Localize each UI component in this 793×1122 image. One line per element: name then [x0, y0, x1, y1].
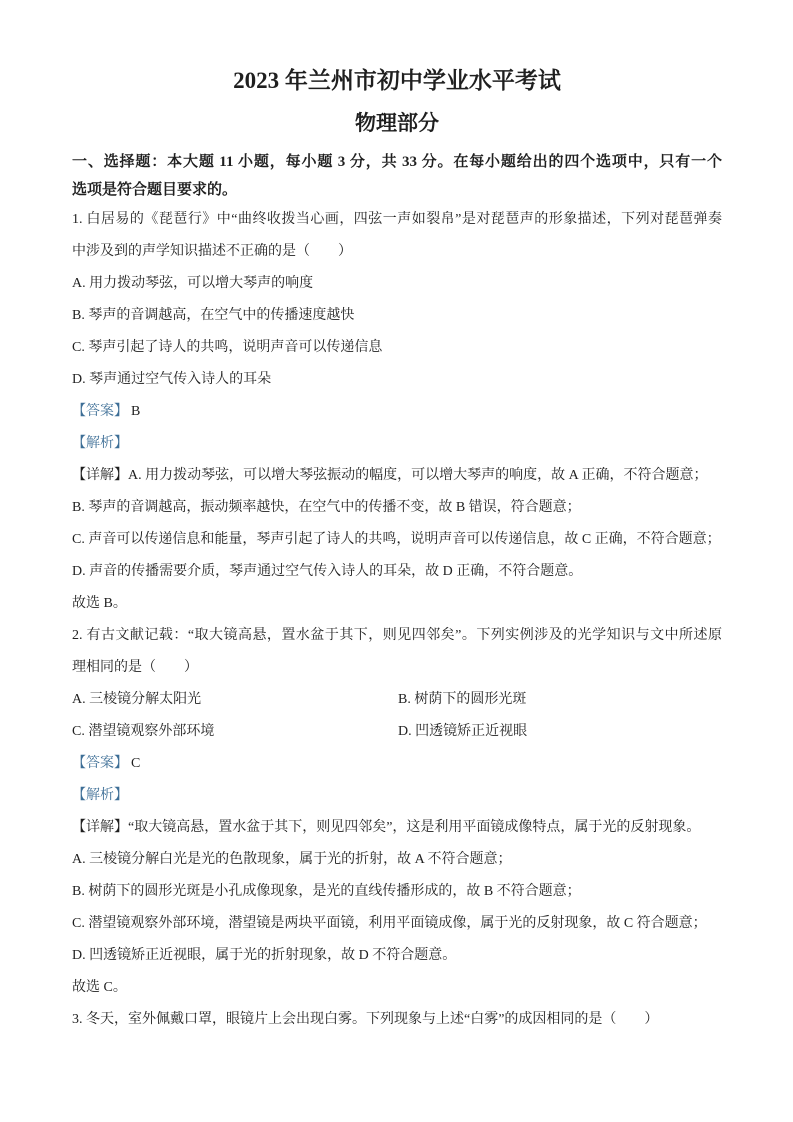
question-2-stem-line-1: 2. 有古文献记载：“取大镜高悬，置水盆于其下，则见四邻矣”。下列实例涉及的光学…: [72, 620, 722, 652]
question-2-options-row-2: C. 潜望镜观察外部环境 D. 凹透镜矫正近视眼: [72, 716, 722, 748]
question-1-option-a: A. 用力拨动琴弦，可以增大琴声的响度: [72, 268, 722, 300]
question-2-answer-line: 【答案】C: [72, 748, 722, 780]
document-body: 1. 白居易的《琵琶行》中“曲终收拨当心画，四弦一声如裂帛”是对琵琶声的形象描述…: [72, 204, 722, 1036]
question-1-detail-line-b: B. 琴声的音调越高，振动频率越快，在空气中的传播不变，故 B 错误，符合题意；: [72, 492, 722, 524]
question-1-analysis-line: 【解析】: [72, 428, 722, 460]
section-header-line-1: 一、选择题：本大题 11 小题，每小题 3 分，共 33 分。在每小题给出的四个…: [72, 148, 722, 176]
question-1-option-d: D. 琴声通过空气传入诗人的耳朵: [72, 364, 722, 396]
section-header-line-2: 选项是符合题目要求的。: [72, 176, 722, 204]
detail-label: 【详解】: [72, 820, 128, 835]
answer-label: 【答案】: [72, 404, 128, 419]
document-subtitle: 物理部分: [72, 108, 722, 138]
question-2-detail-intro: 【详解】“取大镜高悬，置水盆于其下，则见四邻矣”，这是利用平面镜成像特点，属于光…: [72, 812, 722, 844]
analysis-label: 【解析】: [72, 436, 128, 451]
question-2-detail-line-c: C. 潜望镜观察外部环境，潜望镜是两块平面镜，利用平面镜成像，属于光的反射现象，…: [72, 908, 722, 940]
exam-document-page: 2023 年兰州市初中学业水平考试 物理部分 一、选择题：本大题 11 小题，每…: [0, 0, 793, 1122]
question-2-detail-intro-text: “取大镜高悬，置水盆于其下，则见四邻矣”，这是利用平面镜成像特点，属于光的反射现…: [128, 820, 700, 835]
question-1-option-b: B. 琴声的音调越高，在空气中的传播速度越快: [72, 300, 722, 332]
analysis-label: 【解析】: [72, 788, 128, 803]
question-2-detail-line-d: D. 凹透镜矫正近视眼，属于光的折射现象，故 D 不符合题意。: [72, 940, 722, 972]
question-1-option-c: C. 琴声引起了诗人的共鸣，说明声音可以传递信息: [72, 332, 722, 364]
question-2-answer-value: C: [131, 756, 140, 771]
question-2-analysis-line: 【解析】: [72, 780, 722, 812]
question-2-option-a: A. 三棱镜分解太阳光: [72, 684, 398, 716]
question-2-option-d: D. 凹透镜矫正近视眼: [398, 716, 527, 748]
question-2-option-b: B. 树荫下的圆形光斑: [398, 684, 526, 716]
question-2-detail-line-a: A. 三棱镜分解白光是光的色散现象，属于光的折射，故 A 不符合题意；: [72, 844, 722, 876]
question-2-stem-line-2: 理相同的是（ ）: [72, 652, 722, 684]
question-1-detail-a-text: A. 用力拨动琴弦，可以增大琴弦振动的幅度，可以增大琴声的响度，故 A 正确，不…: [128, 468, 707, 483]
detail-label: 【详解】: [72, 468, 128, 483]
question-2-conclusion: 故选 C。: [72, 972, 722, 1004]
question-1-answer-line: 【答案】B: [72, 396, 722, 428]
question-2-option-c: C. 潜望镜观察外部环境: [72, 716, 398, 748]
question-3-stem: 3. 冬天，室外佩戴口罩，眼镜片上会出现白雾。下列现象与上述“白雾”的成因相同的…: [72, 1004, 722, 1036]
question-1-conclusion: 故选 B。: [72, 588, 722, 620]
question-2-detail-line-b: B. 树荫下的圆形光斑是小孔成像现象，是光的直线传播形成的，故 B 不符合题意；: [72, 876, 722, 908]
question-1-answer-value: B: [131, 404, 140, 419]
question-1-detail-line-d: D. 声音的传播需要介质，琴声通过空气传入诗人的耳朵，故 D 正确，不符合题意。: [72, 556, 722, 588]
question-1-detail-line-a: 【详解】A. 用力拨动琴弦，可以增大琴弦振动的幅度，可以增大琴声的响度，故 A …: [72, 460, 722, 492]
question-1-stem-line-2: 中涉及到的声学知识描述不正确的是（ ）: [72, 236, 722, 268]
question-1-detail-line-c: C. 声音可以传递信息和能量，琴声引起了诗人的共鸣，说明声音可以传递信息，故 C…: [72, 524, 722, 556]
question-2-options-row-1: A. 三棱镜分解太阳光 B. 树荫下的圆形光斑: [72, 684, 722, 716]
answer-label: 【答案】: [72, 756, 128, 771]
document-title: 2023 年兰州市初中学业水平考试: [72, 66, 722, 96]
section-header: 一、选择题：本大题 11 小题，每小题 3 分，共 33 分。在每小题给出的四个…: [72, 148, 722, 204]
question-1-stem-line-1: 1. 白居易的《琵琶行》中“曲终收拨当心画，四弦一声如裂帛”是对琵琶声的形象描述…: [72, 204, 722, 236]
